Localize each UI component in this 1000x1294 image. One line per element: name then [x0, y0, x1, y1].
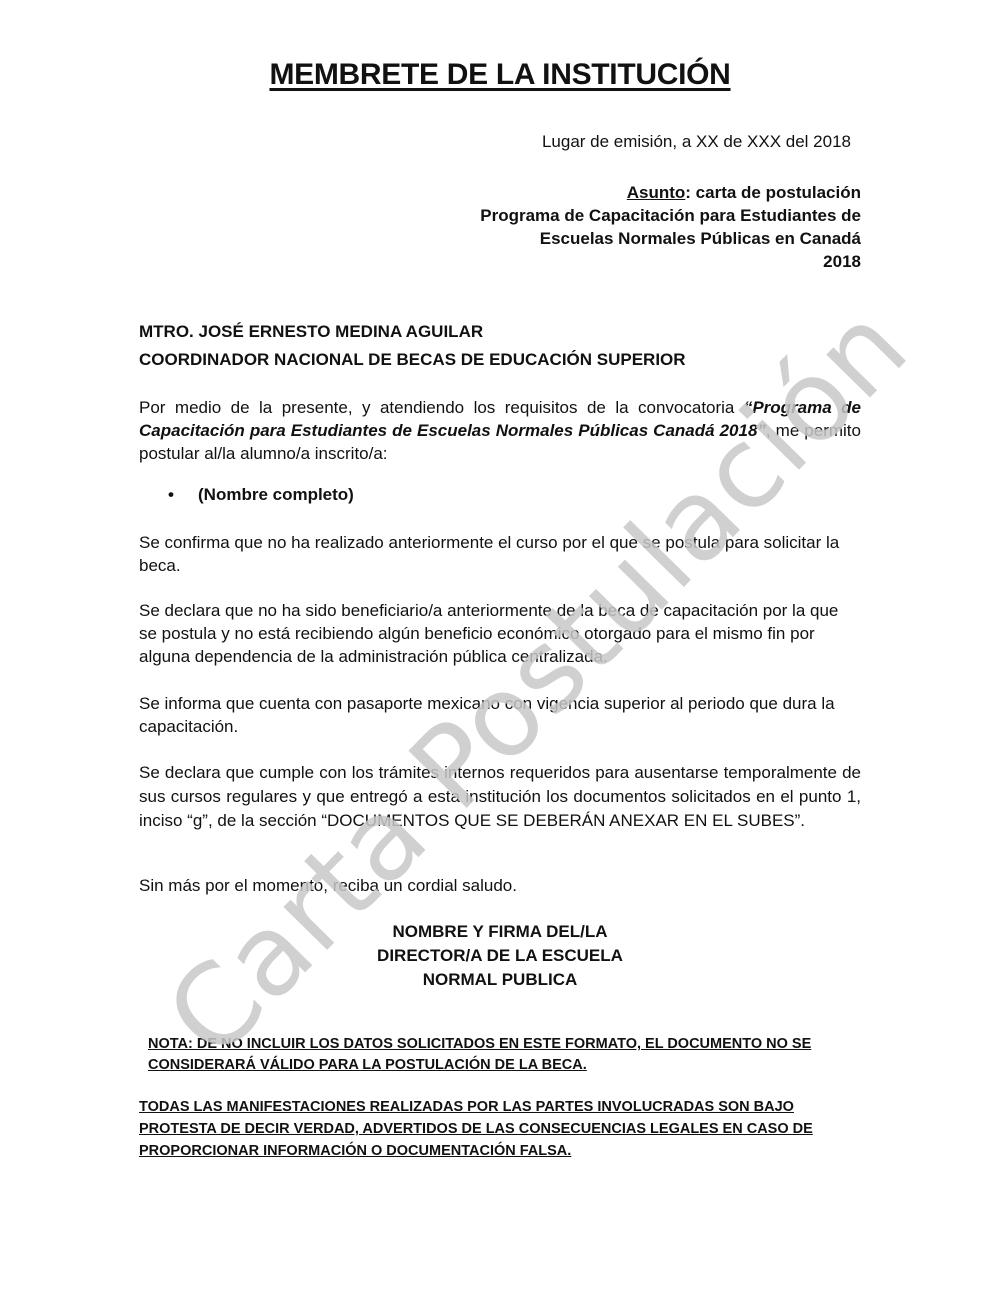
validity-note: NOTA: DE NO INCLUIR LOS DATOS SOLICITADO…	[148, 1034, 863, 1076]
letter-page: MEMBRETE DE LA INSTITUCIÓN Lugar de emis…	[0, 0, 1000, 1294]
recipient-name: MTRO. JOSÉ ERNESTO MEDINA AGUILAR	[139, 318, 686, 346]
bullet-list-item: •(Nombre completo)	[168, 485, 354, 505]
subject-line-1: Asunto: carta de postulación	[341, 181, 861, 204]
subject-text: : carta de postulación	[685, 183, 861, 202]
intro-paragraph: Por medio de la presente, y atendiendo l…	[139, 396, 861, 465]
paragraph-course: Se confirma que no ha realizado anterior…	[139, 531, 861, 577]
student-name-placeholder: (Nombre completo)	[198, 485, 354, 504]
subject-line-4: 2018	[341, 250, 861, 273]
place-and-date: Lugar de emisión, a XX de XXX del 2018	[542, 132, 851, 152]
paragraph-beneficiary: Se declara que no ha sido beneficiario/a…	[139, 599, 861, 668]
subject-line-3: Escuelas Normales Públicas en Canadá	[341, 227, 861, 250]
subject-line-2: Programa de Capacitación para Estudiante…	[341, 204, 861, 227]
recipient-position: COORDINADOR NACIONAL DE BECAS DE EDUCACI…	[139, 346, 686, 374]
signature-line-1: NOMBRE Y FIRMA DEL/LA	[0, 920, 1000, 944]
bullet-icon: •	[168, 485, 198, 505]
legal-disclaimer: TODAS LAS MANIFESTACIONES REALIZADAS POR…	[139, 1096, 863, 1162]
signature-line-3: NORMAL PUBLICA	[0, 968, 1000, 992]
subject-block: Asunto: carta de postulación Programa de…	[341, 181, 861, 273]
paragraph-passport: Se informa que cuenta con pasaporte mexi…	[139, 692, 861, 738]
intro-text-before: Por medio de la presente, y atendiendo l…	[139, 398, 744, 417]
paragraph-procedures: Se declara que cumple con los trámites i…	[139, 761, 861, 833]
paragraph-closing: Sin más por el momento, reciba un cordia…	[139, 874, 861, 897]
recipient-block: MTRO. JOSÉ ERNESTO MEDINA AGUILAR COORDI…	[139, 318, 686, 374]
signature-line-2: DIRECTOR/A DE LA ESCUELA	[0, 944, 1000, 968]
subject-label: Asunto	[627, 183, 686, 202]
letterhead-title: MEMBRETE DE LA INSTITUCIÓN	[0, 58, 1000, 92]
signature-block: NOMBRE Y FIRMA DEL/LA DIRECTOR/A DE LA E…	[0, 920, 1000, 992]
